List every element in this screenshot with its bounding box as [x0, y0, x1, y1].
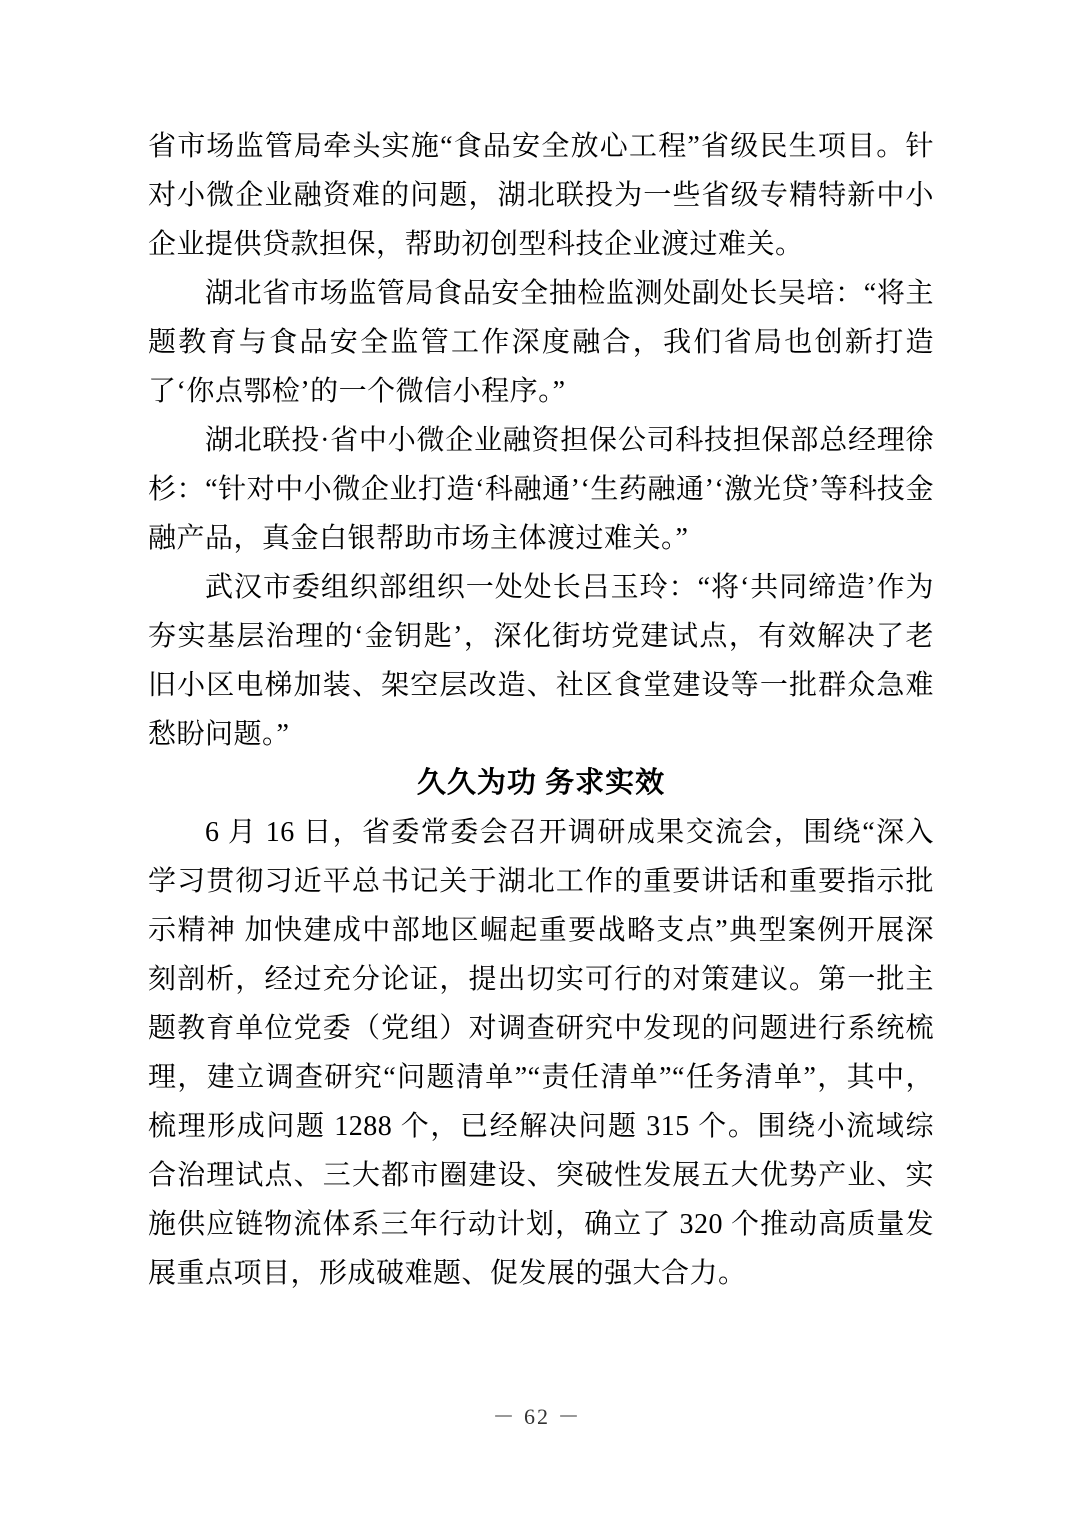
document-body: 省市场监管局牵头实施“食品安全放心工程”省级民生项目。针对小微企业融资难的问题，… [148, 122, 934, 1298]
page-number: － 62 － [0, 1400, 1074, 1431]
paragraph: 武汉市委组织部组织一处处长吕玉玲：“将‘共同缔造’作为夯实基层治理的‘金钥匙’，… [148, 563, 934, 759]
paragraph: 6 月 16 日，省委常委会召开调研成果交流会，围绕“深入学习贯彻习近平总书记关… [148, 808, 934, 1298]
paragraph: 湖北联投·省中小微企业融资担保公司科技担保部总经理徐杉：“针对中小微企业打造‘科… [148, 416, 934, 563]
paragraph: 湖北省市场监管局食品安全抽检监测处副处长吴培：“将主题教育与食品安全监管工作深度… [148, 269, 934, 416]
document-page: 省市场监管局牵头实施“食品安全放心工程”省级民生项目。针对小微企业融资难的问题，… [0, 0, 1074, 1520]
paragraph-continuation: 省市场监管局牵头实施“食品安全放心工程”省级民生项目。针对小微企业融资难的问题，… [148, 122, 934, 269]
section-heading: 久久为功 务求实效 [148, 759, 934, 808]
